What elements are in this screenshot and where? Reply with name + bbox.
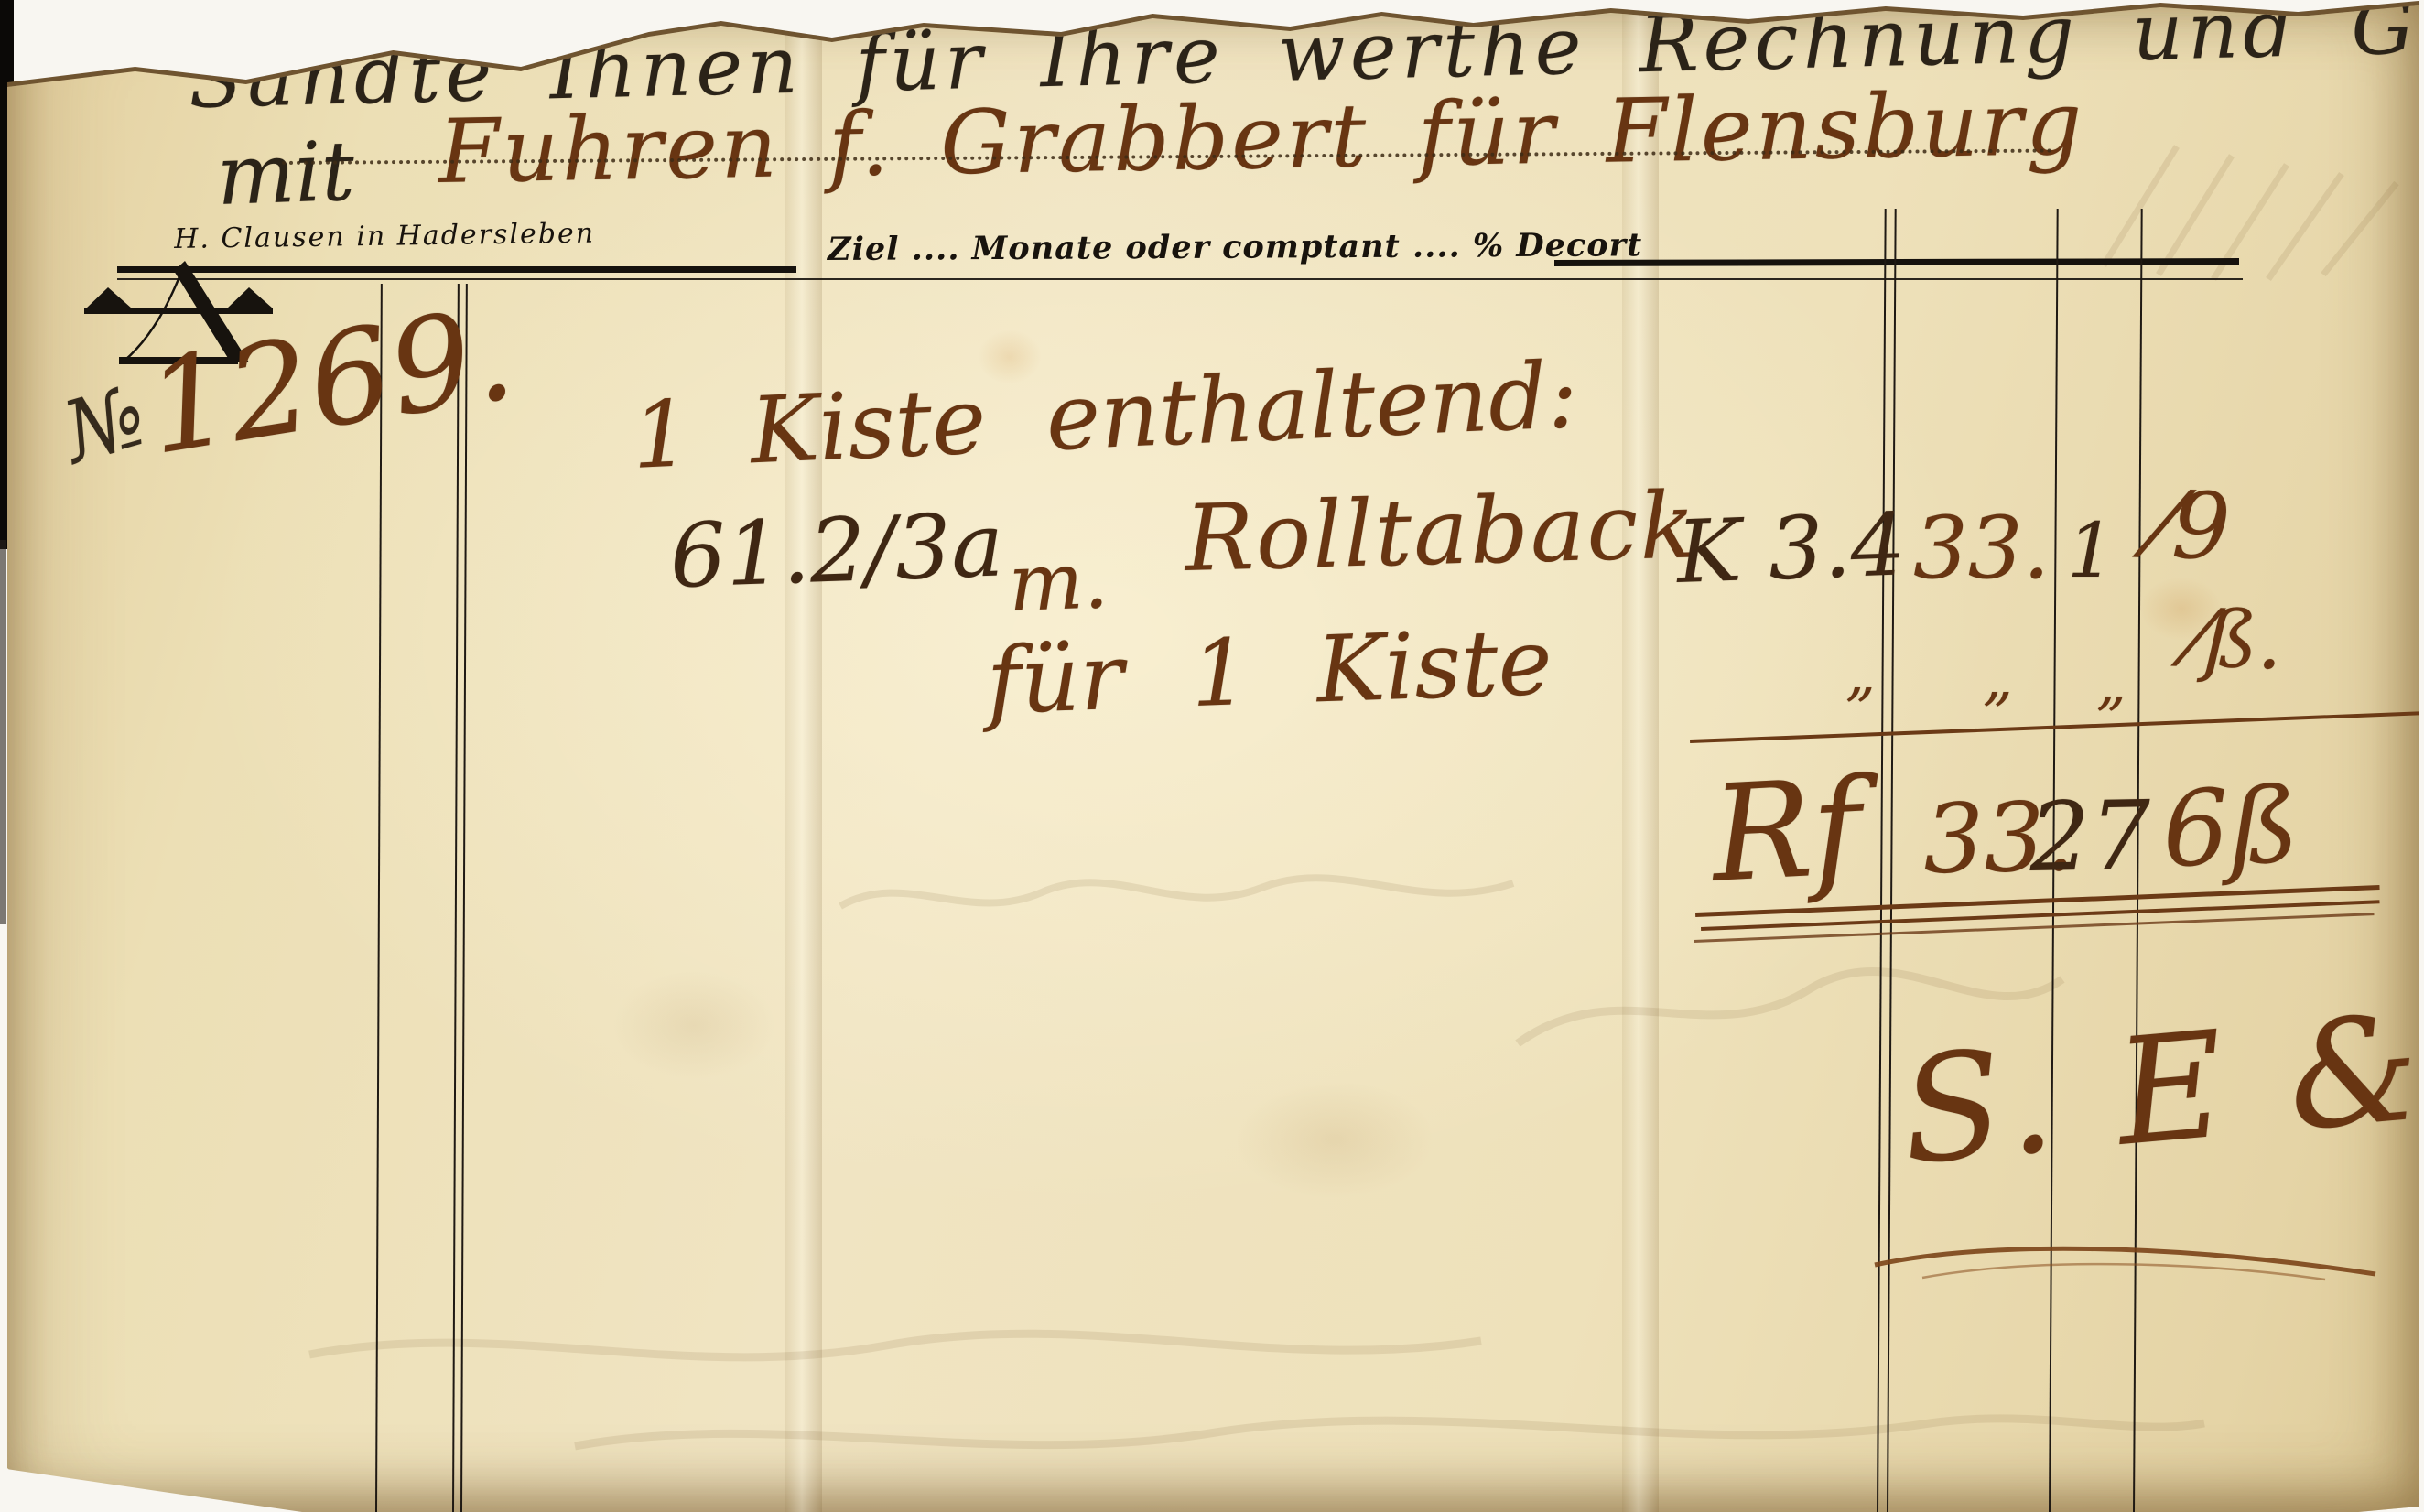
scan-edge-artifact-lower xyxy=(0,540,6,924)
item-line2-desc: Rolltaback xyxy=(1184,471,1698,592)
item-line2-unit: m. xyxy=(1007,535,1109,630)
item-line2-amount-rdl: 33. xyxy=(1913,499,2051,599)
item-line3-ditto3: „ xyxy=(2096,650,2126,718)
header-thin-rule xyxy=(117,278,2243,280)
fold-crease-left xyxy=(785,0,822,1512)
total-ss: 6ß xyxy=(2160,764,2300,891)
printed-firm-name: H. Clausen in Hadersleben xyxy=(174,218,595,255)
printed-terms: Ziel .... Monate oder comptant .... % De… xyxy=(828,226,1642,268)
paper-stain xyxy=(1234,1080,1435,1199)
item-line2-amount-ss: ⁄9 xyxy=(2155,471,2232,581)
bleed-through-marks xyxy=(300,1300,2223,1483)
item-line3-desc: für 1 Kiste xyxy=(985,608,1554,734)
number-symbol: № xyxy=(53,366,157,482)
scanned-invoice: Sandte Ihnen für Ihre werthe Rechnung un… xyxy=(0,0,2424,1512)
item-line1: 1 Kiste enthaltend: xyxy=(630,341,1580,490)
item-line3-ditto2: „ xyxy=(1983,645,2013,713)
total-rule-top xyxy=(1690,711,2422,743)
header-line2-prefix: mit xyxy=(215,124,356,224)
signature-flourish xyxy=(1867,1237,2389,1289)
total-currency: Rf xyxy=(1708,750,1865,912)
paper-stain xyxy=(611,970,776,1080)
item-line2-qty: 61.2/3a xyxy=(668,493,1005,608)
item-line3-amount-ss: ⁄ß. xyxy=(2191,593,2285,687)
total-mk: 27 xyxy=(2029,780,2151,893)
item-line2-price: K 3.4 xyxy=(1675,495,1907,603)
item-line3-ditto1: „ xyxy=(1845,641,1876,708)
bleed-through-marks xyxy=(831,842,1527,943)
item-line2-amount-mk: 1 xyxy=(2067,508,2115,595)
invoice-paper: Sandte Ihnen für Ihre werthe Rechnung un… xyxy=(7,0,2419,1512)
